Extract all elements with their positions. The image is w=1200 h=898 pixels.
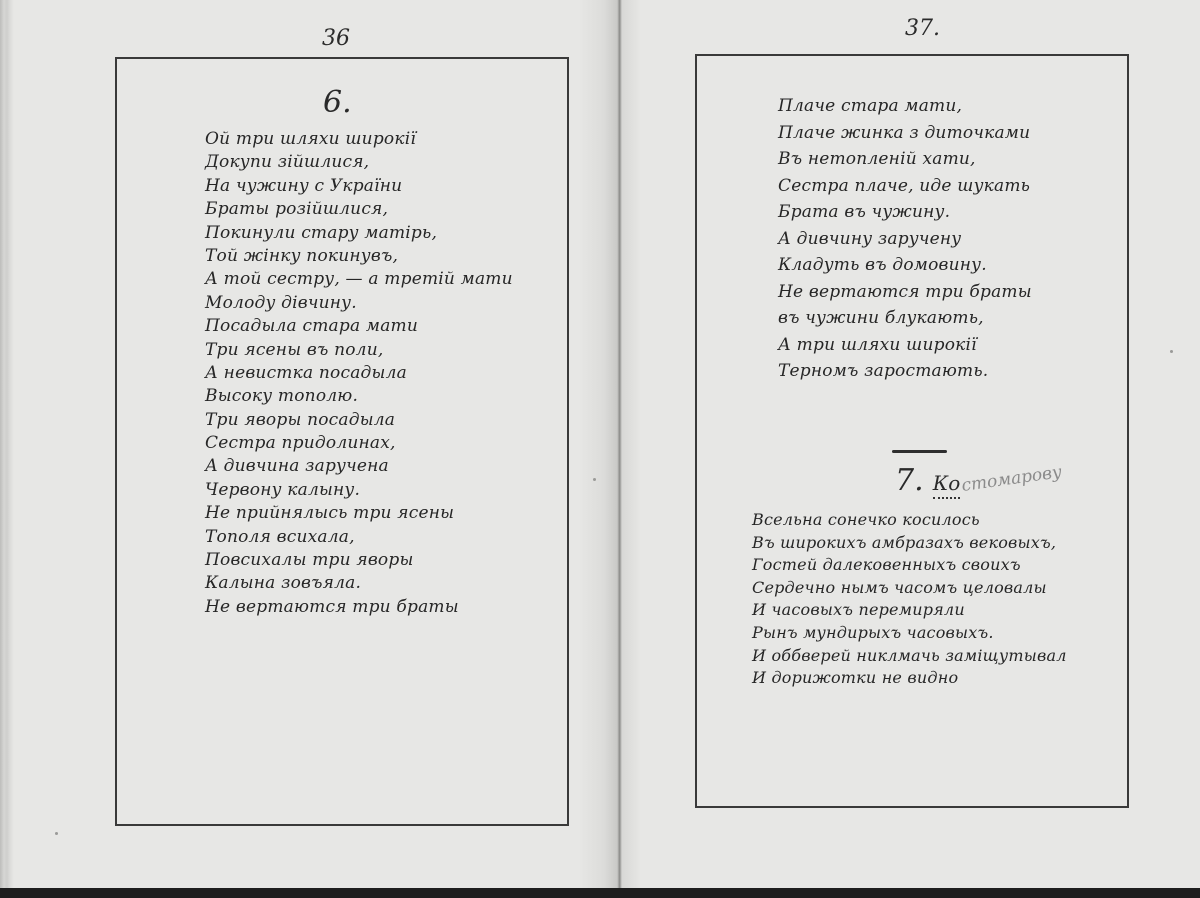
verse-line: Не вертаются три браты bbox=[778, 279, 1032, 306]
book-gutter bbox=[580, 0, 640, 888]
verse-line: Той жінку покинувъ, bbox=[205, 245, 513, 268]
verse-line: Посадыла стара мати bbox=[205, 315, 513, 338]
scan-bottom-edge bbox=[0, 888, 1200, 898]
verse-line: Не прийнялысь три ясены bbox=[205, 502, 513, 525]
verse-line: Сестра плаче, иде шукать bbox=[778, 173, 1032, 200]
verse-line: А той сестру, — а третій мати bbox=[205, 268, 513, 291]
song-7-verse: Всельна сонечко косилось Въ широкихъ амб… bbox=[752, 509, 1067, 690]
song-6-verse-continued: Плаче стара мати, Плаче жинка з диточкам… bbox=[778, 93, 1032, 385]
verse-line: Покинули стару матірь, bbox=[205, 222, 513, 245]
verse-line: Тополя всихала, bbox=[205, 526, 513, 549]
verse-line: На чужину с України bbox=[205, 175, 513, 198]
verse-line: Высоку тополю. bbox=[205, 385, 513, 408]
verse-line: А дивчину заручену bbox=[778, 226, 1032, 253]
verse-line: Сестра придолинах, bbox=[205, 432, 513, 455]
verse-line: Молоду дівчину. bbox=[205, 292, 513, 315]
verse-line: Ой три шляхи широкії bbox=[205, 128, 513, 151]
verse-line: Брата въ чужину. bbox=[778, 199, 1032, 226]
verse-line: И дорижотки не видно bbox=[752, 667, 1067, 690]
dedication-pencil-note: стомарову bbox=[961, 462, 1064, 496]
verse-line: Рынъ мундирыхъ часовыхъ. bbox=[752, 622, 1067, 645]
verse-line: Докупи зійшлися, bbox=[205, 151, 513, 174]
verse-line: Кладуть въ домовину. bbox=[778, 252, 1032, 279]
book-spread: 36 6. Ой три шляхи широкії Докупи зійшли… bbox=[0, 0, 1200, 888]
song-6-verse: Ой три шляхи широкії Докупи зійшлися, На… bbox=[205, 128, 513, 619]
verse-line: Плаче жинка з диточками bbox=[778, 120, 1032, 147]
verse-line: И часовыхъ перемиряли bbox=[752, 599, 1067, 622]
verse-line: Три яворы посадыла bbox=[205, 409, 513, 432]
page-number-right: 37. bbox=[905, 16, 940, 41]
verse-line: А три шляхи широкії bbox=[778, 332, 1032, 359]
verse-line: Браты розійшлися, bbox=[205, 198, 513, 221]
verse-line: Червону калыну. bbox=[205, 479, 513, 502]
end-of-song-underline bbox=[892, 450, 947, 453]
verse-line: Сердечно нымъ часомъ целовалы bbox=[752, 577, 1067, 600]
verse-line: въ чужини блукають, bbox=[778, 305, 1032, 332]
paper-speck bbox=[55, 832, 58, 835]
verse-line: А невистка посадыла bbox=[205, 362, 513, 385]
paper-speck bbox=[593, 478, 596, 481]
left-page-edge bbox=[0, 0, 14, 888]
verse-line: А дивчина заручена bbox=[205, 455, 513, 478]
song-number-6: 6. bbox=[323, 85, 352, 120]
verse-line: И оббверей никлмачь заміщутывал bbox=[752, 645, 1067, 668]
verse-line: Повсихалы три яворы bbox=[205, 549, 513, 572]
verse-line: Всельна сонечко косилось bbox=[752, 509, 1067, 532]
verse-line: Три ясены въ поли, bbox=[205, 339, 513, 362]
verse-line: Гостей далековенныхъ своихъ bbox=[752, 554, 1067, 577]
verse-line: Не вертаются три браты bbox=[205, 596, 513, 619]
verse-line: Калына зовъяла. bbox=[205, 572, 513, 595]
verse-line: Терномъ заростають. bbox=[778, 358, 1032, 385]
paper-speck bbox=[1170, 350, 1173, 353]
song-number-7: 7. bbox=[895, 463, 924, 498]
dedication-ink: Ко bbox=[933, 471, 961, 499]
verse-line: Въ широкихъ амбразахъ вековыхъ, bbox=[752, 532, 1067, 555]
song-7-heading: 7. Костомарову bbox=[895, 463, 1063, 498]
page-number-left: 36 bbox=[322, 26, 350, 51]
verse-line: Въ нетопленій хати, bbox=[778, 146, 1032, 173]
verse-line: Плаче стара мати, bbox=[778, 93, 1032, 120]
